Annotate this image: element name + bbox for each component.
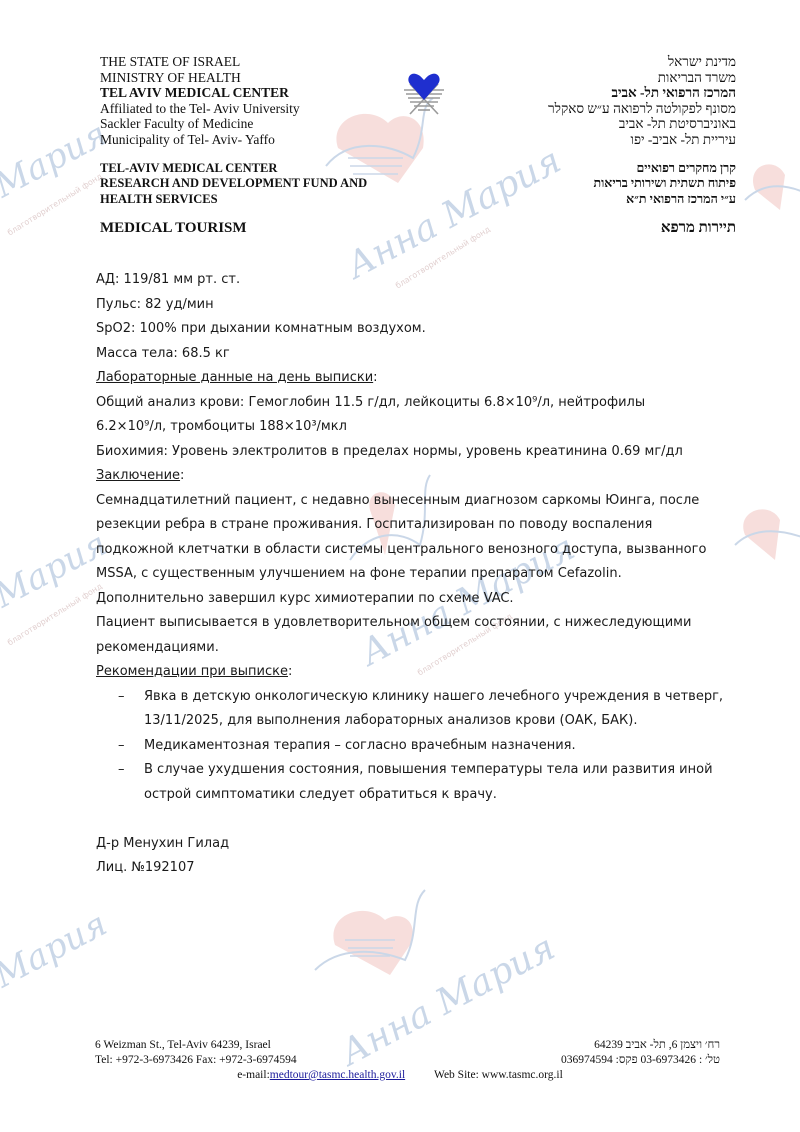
heart-hand-watermark-icon: [310, 885, 440, 985]
watermark-left-top: Мария благотворительный фонд: [0, 110, 110, 270]
letterhead-hebrew: מדינת ישראל משרד הבריאות המרכז הרפואי תל…: [436, 54, 736, 237]
watermark-subtitle: благотворительный фонд: [6, 582, 104, 648]
watermark-text: Мария: [0, 904, 114, 996]
letterhead-english: THE STATE OF ISRAEL MINISTRY OF HEALTH T…: [100, 54, 400, 237]
vital-blood-pressure: АД: 119/81 мм рт. ст.: [96, 268, 736, 293]
labs-heading: Лабораторные данные на день выписки:: [96, 366, 736, 391]
heart-hand-watermark-icon: [740, 150, 800, 220]
conclusion-line: MSSA, с существенным улучшением на фоне …: [96, 562, 736, 587]
conclusion-line: рекомендациями.: [96, 636, 736, 661]
watermark-center-bottom: Анна Мария: [310, 885, 530, 1045]
conclusion-line: Пациент выписывается в удовлетворительно…: [96, 611, 736, 636]
affiliation-line: Sackler Faculty of Medicine: [100, 116, 400, 132]
affiliation-line: Municipality of Tel- Aviv- Yaffo: [100, 132, 400, 148]
footer-contact: e-mail:medtour@tasmc.health.gov.il Web S…: [0, 1068, 800, 1083]
ministry-name-he: משרד הבריאות: [436, 70, 736, 86]
footer-address-hebrew: רח׳ ויצמן 6, תל- אביב 64239 טל׳ : 03-697…: [561, 1038, 720, 1068]
dash-bullet-icon: –: [118, 734, 125, 759]
vital-pulse: Пульс: 82 уд/мин: [96, 293, 736, 318]
fund-line: HEALTH SERVICES: [100, 192, 400, 208]
fund-line: RESEARCH AND DEVELOPMENT FUND AND: [100, 176, 400, 192]
footer-address-he: רח׳ ויצמן 6, תל- אביב 64239: [561, 1038, 720, 1053]
watermark-right-mid: [730, 490, 800, 670]
watermark-text: Анна Мария: [334, 927, 562, 1074]
conclusion-line: резекции ребра в стране проживания. Госп…: [96, 513, 736, 538]
affiliation-line-he: באוניברסיטת תל- אביב: [436, 116, 736, 132]
doctor-signature: Д-р Менухин Гилад: [96, 832, 736, 857]
fund-line: TEL-AVIV MEDICAL CENTER: [100, 161, 400, 177]
hospital-name: TEL AVIV MEDICAL CENTER: [100, 85, 400, 101]
recommendation-item: – В случае ухудшения состояния, повышени…: [96, 758, 736, 807]
dash-bullet-icon: –: [118, 685, 125, 710]
fund-line-he: פיתוח תשתית ושירותי בריאות: [436, 176, 736, 192]
recommendations-heading: Рекомендации при выписке:: [96, 660, 736, 685]
department-name: MEDICAL TOURISM: [100, 221, 400, 237]
ministry-name: MINISTRY OF HEALTH: [100, 70, 400, 86]
heart-hand-watermark-icon: [730, 490, 800, 570]
labs-biochem-line: Биохимия: Уровень электролитов в предела…: [96, 440, 736, 465]
email-label: e-mail:: [237, 1069, 270, 1081]
footer-address-english: 6 Weizman St., Tel-Aviv 64239, Israel Te…: [95, 1038, 297, 1068]
recommendation-item: – Явка в детскую онкологическую клинику …: [96, 685, 736, 734]
conclusion-heading: Заключение:: [96, 464, 736, 489]
labs-cbc-line: Общий анализ крови: Гемоглобин 11.5 г/дл…: [96, 391, 736, 416]
footer-phone: Tel: +972-3-6973426 Fax: +972-3-6974594: [95, 1053, 297, 1068]
footer-phone-he: טל׳ : 03-6973426 פקס: 036974594: [561, 1053, 720, 1068]
state-name: THE STATE OF ISRAEL: [100, 54, 400, 70]
recommendations-list: – Явка в детскую онкологическую клинику …: [96, 685, 736, 808]
hospital-name-he: המרכז הרפואי תל- אביב: [436, 85, 736, 101]
dash-bullet-icon: –: [118, 758, 125, 783]
fund-line-he: קרן מחקרים רפואיים: [436, 161, 736, 177]
website: Web Site: www.tasmc.org.il: [434, 1069, 563, 1081]
labs-cbc-line: 6.2×10⁹/л, тромбоциты 188×10³/мкл: [96, 415, 736, 440]
affiliation-line: Affiliated to the Tel- Aviv University: [100, 101, 400, 117]
footer-address: 6 Weizman St., Tel-Aviv 64239, Israel: [95, 1038, 297, 1053]
conclusion-line: подкожной клетчатки в области системы це…: [96, 538, 736, 563]
recommendation-item: – Медикаментозная терапия – согласно вра…: [96, 734, 736, 759]
department-name-he: תיירות מרפא: [436, 221, 736, 237]
vital-weight: Масса тела: 68.5 кг: [96, 342, 736, 367]
vital-spo2: SpO2: 100% при дыхании комнатным воздухо…: [96, 317, 736, 342]
watermark-right-top: [740, 150, 800, 270]
watermark-left-mid: Мария благотворительный фонд: [0, 510, 110, 670]
watermark-text: Мария: [0, 114, 114, 206]
discharge-summary-body: АД: 119/81 мм рт. ст. Пульс: 82 уд/мин S…: [96, 268, 736, 881]
fund-line-he: ע״י המרכז הרפואי ת״א: [436, 192, 736, 208]
watermark-left-bottom: Мария: [0, 890, 110, 1050]
conclusion-line: Дополнительно завершил курс химиотерапии…: [96, 587, 736, 612]
watermark-subtitle: благотворительный фонд: [6, 172, 104, 238]
conclusion-line: Семнадцатилетний пациент, с недавно выне…: [96, 489, 736, 514]
affiliation-line-he: מסונף לפקולטה לרפואה ע״ש סאקלר: [436, 101, 736, 117]
affiliation-line-he: עיריית תל- אביב- יפו: [436, 132, 736, 148]
state-name-he: מדינת ישראל: [436, 54, 736, 70]
email-link[interactable]: medtour@tasmc.health.gov.il: [270, 1069, 405, 1081]
doctor-license: Лиц. №192107: [96, 856, 736, 881]
